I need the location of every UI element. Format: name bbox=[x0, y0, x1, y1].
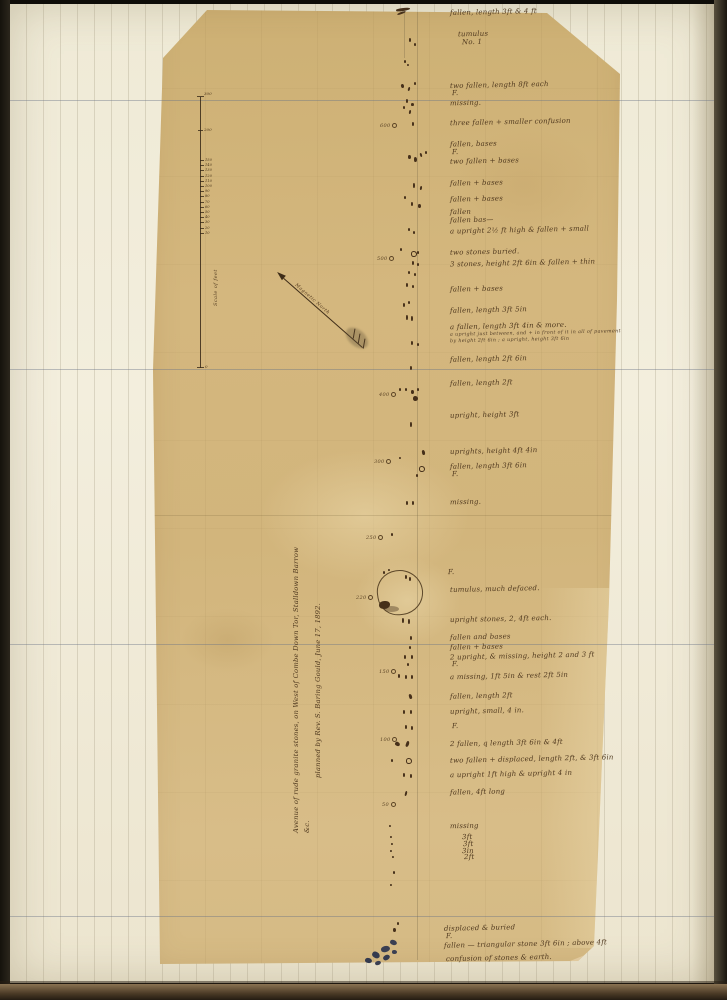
photo-edge-top bbox=[0, 0, 727, 4]
stone-mark bbox=[405, 675, 407, 679]
station-label: 300 bbox=[374, 459, 391, 465]
station-label: 500 bbox=[377, 256, 394, 262]
scale-tick-number: 30 bbox=[205, 220, 210, 224]
stone-mark bbox=[380, 945, 390, 953]
stone-mark bbox=[411, 316, 413, 321]
annotation: fallen, length 3ft & 4 ft bbox=[450, 7, 537, 17]
stone-mark bbox=[414, 82, 416, 85]
side-caption: Avenue of rude granite stones, on West o… bbox=[291, 541, 324, 833]
north-arrow-smudge bbox=[342, 323, 372, 352]
stone-mark bbox=[414, 157, 417, 162]
stone-mark bbox=[408, 271, 410, 274]
station-ring bbox=[386, 459, 391, 464]
stone-mark bbox=[411, 675, 413, 679]
stone-mark bbox=[412, 501, 414, 505]
stone-mark bbox=[417, 263, 419, 266]
stone-mark bbox=[416, 474, 418, 477]
stone-mark bbox=[404, 655, 406, 659]
stone-mark bbox=[406, 99, 408, 103]
stone-mark bbox=[411, 726, 413, 730]
stone-mark bbox=[410, 710, 412, 714]
annotation: upright, small, 4 in. bbox=[450, 706, 524, 716]
scale-label-mid: 200 bbox=[204, 127, 212, 132]
stone-mark bbox=[405, 388, 407, 391]
annotation: two fallen + bases bbox=[450, 156, 519, 165]
annotation: fallen + bases bbox=[450, 284, 503, 293]
annotation: fallen + bases bbox=[450, 194, 503, 203]
drawing-layer: 300 200 0 150140130120110100908070605040… bbox=[0, 0, 727, 1000]
annotation: fallen, length 2ft bbox=[450, 691, 513, 700]
stone-mark bbox=[399, 388, 401, 391]
scale-tick bbox=[200, 228, 204, 229]
stone-mark bbox=[399, 457, 401, 459]
annotation: by height 2ft 6in ; a upright, height 3f… bbox=[450, 337, 569, 344]
stone-mark bbox=[393, 928, 396, 932]
stone-mark bbox=[420, 186, 423, 190]
scale-tick-number: 80 bbox=[205, 194, 210, 198]
scale-caption: Scale of feet bbox=[213, 222, 219, 306]
annotation: tumulus, much defaced. bbox=[450, 584, 540, 594]
annotation: F. bbox=[452, 470, 459, 478]
stone-mark bbox=[412, 261, 414, 265]
stone-mark bbox=[408, 694, 412, 700]
stone-mark bbox=[403, 106, 405, 109]
stone-mark bbox=[410, 366, 412, 370]
station-label: 600 bbox=[380, 123, 397, 129]
annotation: two fallen + displaced, length 2ft, & 3f… bbox=[450, 753, 614, 764]
annotation: a fallen, length 3ft 4in & more. bbox=[450, 321, 567, 331]
side-caption-line1: Avenue of rude granite stones, on West o… bbox=[292, 547, 311, 833]
stone-mark bbox=[390, 850, 392, 852]
scale-tick bbox=[200, 186, 204, 187]
annotation: fallen bas— bbox=[450, 216, 494, 225]
station-ring bbox=[391, 392, 396, 397]
stone-mark bbox=[411, 202, 413, 206]
scale-tick bbox=[200, 170, 204, 171]
stone-mark bbox=[403, 710, 405, 714]
stone-mark bbox=[403, 773, 405, 777]
annotation: two fallen, length 8ft each bbox=[450, 80, 549, 90]
station-ring bbox=[391, 802, 396, 807]
station-ring bbox=[378, 535, 383, 540]
stone-mark bbox=[402, 618, 404, 623]
annotation: missing. bbox=[450, 498, 481, 507]
annotation: a missing, 1ft 5in & rest 2ft 5in bbox=[450, 671, 568, 681]
stone-mark bbox=[417, 343, 419, 346]
stone-mark bbox=[417, 251, 419, 254]
stone-mark bbox=[398, 674, 400, 678]
scale-label-zero: 0 bbox=[205, 364, 208, 369]
scale-tick-number: 40 bbox=[205, 215, 210, 219]
stone-mark bbox=[406, 315, 408, 320]
stone-mark bbox=[389, 939, 397, 946]
scale-tick-number: 130 bbox=[205, 168, 212, 172]
annotation: fallen + bases bbox=[450, 642, 503, 651]
scale-tick bbox=[198, 130, 203, 131]
annotation: fallen bbox=[450, 208, 471, 216]
annotation: displaced & buried bbox=[444, 923, 515, 932]
scale-tick-number: 140 bbox=[205, 163, 212, 167]
stone-mark bbox=[405, 575, 407, 579]
stone-mark bbox=[371, 950, 381, 959]
stone-mark bbox=[406, 501, 408, 505]
annotation: fallen, 4ft long bbox=[450, 787, 505, 796]
stone-mark bbox=[413, 396, 418, 401]
scale-tick-number: 120 bbox=[205, 174, 212, 178]
stone-mark bbox=[411, 655, 413, 659]
scale-tick bbox=[200, 191, 204, 192]
annotation: uprights, height 4ft 4in bbox=[450, 446, 538, 456]
stone-mark bbox=[383, 571, 385, 574]
annotation: fallen — triangular stone 3ft 6in ; abov… bbox=[444, 938, 607, 949]
annotation: F. bbox=[452, 89, 459, 97]
annotation: fallen and bases bbox=[450, 632, 511, 641]
scale-tick-number: 10 bbox=[205, 231, 210, 235]
stone-mark bbox=[404, 791, 407, 796]
annotation: F. bbox=[452, 148, 459, 156]
scale-tick-number: 100 bbox=[205, 184, 212, 188]
stone-mark bbox=[406, 758, 412, 764]
stone-mark bbox=[390, 884, 392, 886]
photo-edge-left bbox=[0, 0, 10, 1000]
station-label: 150 bbox=[379, 669, 396, 675]
annotation: 2 upright, & missing, height 2 and 3 ft bbox=[450, 650, 595, 661]
stone-mark bbox=[411, 341, 413, 345]
annotation: missing. bbox=[450, 99, 481, 108]
stone-mark bbox=[414, 43, 416, 46]
stone-mark bbox=[422, 450, 426, 455]
stone-mark bbox=[406, 283, 408, 287]
annotation: confusion of stones & earth. bbox=[446, 953, 552, 963]
stone-mark bbox=[409, 38, 411, 42]
stone-mark bbox=[388, 569, 390, 571]
stone-mark bbox=[410, 774, 412, 778]
station-label: 100 bbox=[380, 737, 397, 743]
stone-mark bbox=[409, 646, 411, 649]
station-label: 400 bbox=[379, 392, 396, 398]
north-arrow-label: Magnetic North bbox=[294, 283, 331, 316]
annotation: missing bbox=[450, 822, 479, 831]
stone-mark bbox=[409, 577, 411, 581]
annotation: No. 1 bbox=[462, 38, 482, 46]
stone-mark bbox=[410, 636, 412, 640]
stone-mark bbox=[405, 725, 407, 729]
stone-mark bbox=[407, 64, 409, 66]
stone-mark bbox=[417, 388, 419, 391]
scale-tick bbox=[200, 165, 204, 166]
stone-mark bbox=[389, 825, 391, 827]
annotation: upright, height 3ft bbox=[450, 410, 520, 419]
station-label: 220 bbox=[356, 595, 373, 601]
station-label: 50 bbox=[382, 802, 396, 808]
stone-mark bbox=[425, 151, 427, 154]
annotation: F. bbox=[452, 660, 459, 668]
stone-mark bbox=[412, 285, 414, 288]
station-label: 250 bbox=[366, 535, 383, 541]
stone-mark bbox=[390, 836, 392, 838]
scale-tick-number: 110 bbox=[205, 179, 212, 183]
scale-tick-number: 50 bbox=[205, 210, 210, 214]
annotation: fallen + bases bbox=[450, 178, 503, 187]
survey-base-line-top bbox=[404, 10, 405, 58]
station-ring bbox=[389, 256, 394, 261]
annotation: a upright 1ft high & upright 4 in bbox=[450, 769, 572, 780]
tumulus-smudge bbox=[384, 606, 399, 612]
annotation: fallen, length 3ft 5in bbox=[450, 305, 527, 315]
stone-mark bbox=[374, 960, 381, 966]
scale-tick bbox=[200, 212, 204, 213]
stone-mark bbox=[418, 204, 421, 208]
scale-tick-number: 90 bbox=[205, 189, 210, 193]
scale-tick bbox=[200, 217, 204, 218]
stone-mark bbox=[393, 871, 395, 874]
scale-label-top: 300 bbox=[204, 91, 212, 96]
scale-tick bbox=[200, 222, 204, 223]
stone-mark bbox=[413, 231, 415, 234]
stone-mark bbox=[400, 248, 402, 251]
stone-mark bbox=[413, 183, 415, 188]
stone-mark bbox=[397, 922, 399, 925]
stone-mark bbox=[419, 466, 425, 472]
scale-tick bbox=[200, 160, 204, 161]
scale-tick bbox=[197, 96, 204, 97]
photo-edge-bottom bbox=[0, 984, 727, 1000]
scale-tick-number: 150 bbox=[205, 158, 212, 162]
annotation: fallen, length 2ft 6in bbox=[450, 354, 527, 364]
stone-mark bbox=[411, 390, 414, 394]
annotation: 3 stones, height 2ft 6in & fallen + thin bbox=[450, 257, 595, 268]
scale-tick-number: 20 bbox=[205, 226, 210, 230]
stone-mark bbox=[391, 843, 393, 845]
scale-tick bbox=[200, 202, 204, 203]
stone-mark bbox=[382, 954, 391, 962]
scanned-ledger-photo: 300 200 0 150140130120110100908070605040… bbox=[0, 0, 727, 1000]
stone-mark bbox=[392, 950, 397, 954]
stone-mark bbox=[392, 856, 394, 858]
stone-mark bbox=[414, 273, 416, 276]
stone-mark bbox=[420, 153, 423, 157]
stone-mark bbox=[407, 663, 409, 666]
side-caption-line2: planned by Rev. S. Baring Gould, June 17… bbox=[313, 541, 324, 778]
annotation: a upright 2½ ft high & fallen + small bbox=[450, 225, 589, 236]
scale-tick bbox=[200, 176, 204, 177]
station-ring bbox=[392, 123, 397, 128]
scale-tick bbox=[200, 181, 204, 182]
stone-mark bbox=[408, 155, 411, 159]
stone-mark bbox=[365, 957, 373, 963]
scale-tick bbox=[200, 233, 204, 234]
annotation: F. bbox=[452, 722, 459, 730]
station-ring bbox=[368, 595, 373, 600]
stone-mark bbox=[411, 103, 414, 106]
stone-mark bbox=[404, 60, 406, 63]
scale-tick bbox=[200, 196, 204, 197]
survey-base-line bbox=[417, 12, 418, 960]
stone-mark bbox=[408, 619, 410, 624]
stone-mark bbox=[410, 422, 412, 427]
annotation: 2 fallen, q length 3ft 6in & 4ft bbox=[450, 738, 563, 748]
stone-mark bbox=[403, 303, 405, 307]
annotation: upright stones, 2, 4ft each. bbox=[450, 614, 552, 624]
scale-tick bbox=[197, 367, 204, 368]
stone-mark bbox=[408, 228, 410, 231]
scale-tick-number: 70 bbox=[205, 200, 210, 204]
photo-edge-right bbox=[714, 0, 727, 1000]
annotation: two stones buried. bbox=[450, 247, 520, 256]
annotation: F. bbox=[448, 568, 455, 576]
stone-mark bbox=[391, 759, 393, 762]
scale-tick-number: 60 bbox=[205, 205, 210, 209]
stone-mark bbox=[404, 196, 406, 199]
station-ring bbox=[392, 737, 397, 742]
scale-tick bbox=[200, 207, 204, 208]
stone-mark bbox=[391, 533, 393, 536]
annotation: F. bbox=[446, 932, 453, 940]
stone-mark bbox=[405, 741, 410, 748]
tumulus-circle bbox=[374, 567, 426, 618]
stone-mark bbox=[408, 301, 410, 304]
stone-mark bbox=[401, 84, 405, 88]
stone-mark bbox=[412, 122, 414, 126]
annotation: 2ft bbox=[464, 853, 475, 861]
annotation: fallen, length 3ft 6in bbox=[450, 461, 527, 471]
stone-mark bbox=[409, 110, 412, 114]
annotation: three fallen + smaller confusion bbox=[450, 117, 571, 128]
stone-mark bbox=[408, 87, 411, 91]
annotation: fallen, length 2ft bbox=[450, 378, 513, 387]
station-ring bbox=[391, 669, 396, 674]
